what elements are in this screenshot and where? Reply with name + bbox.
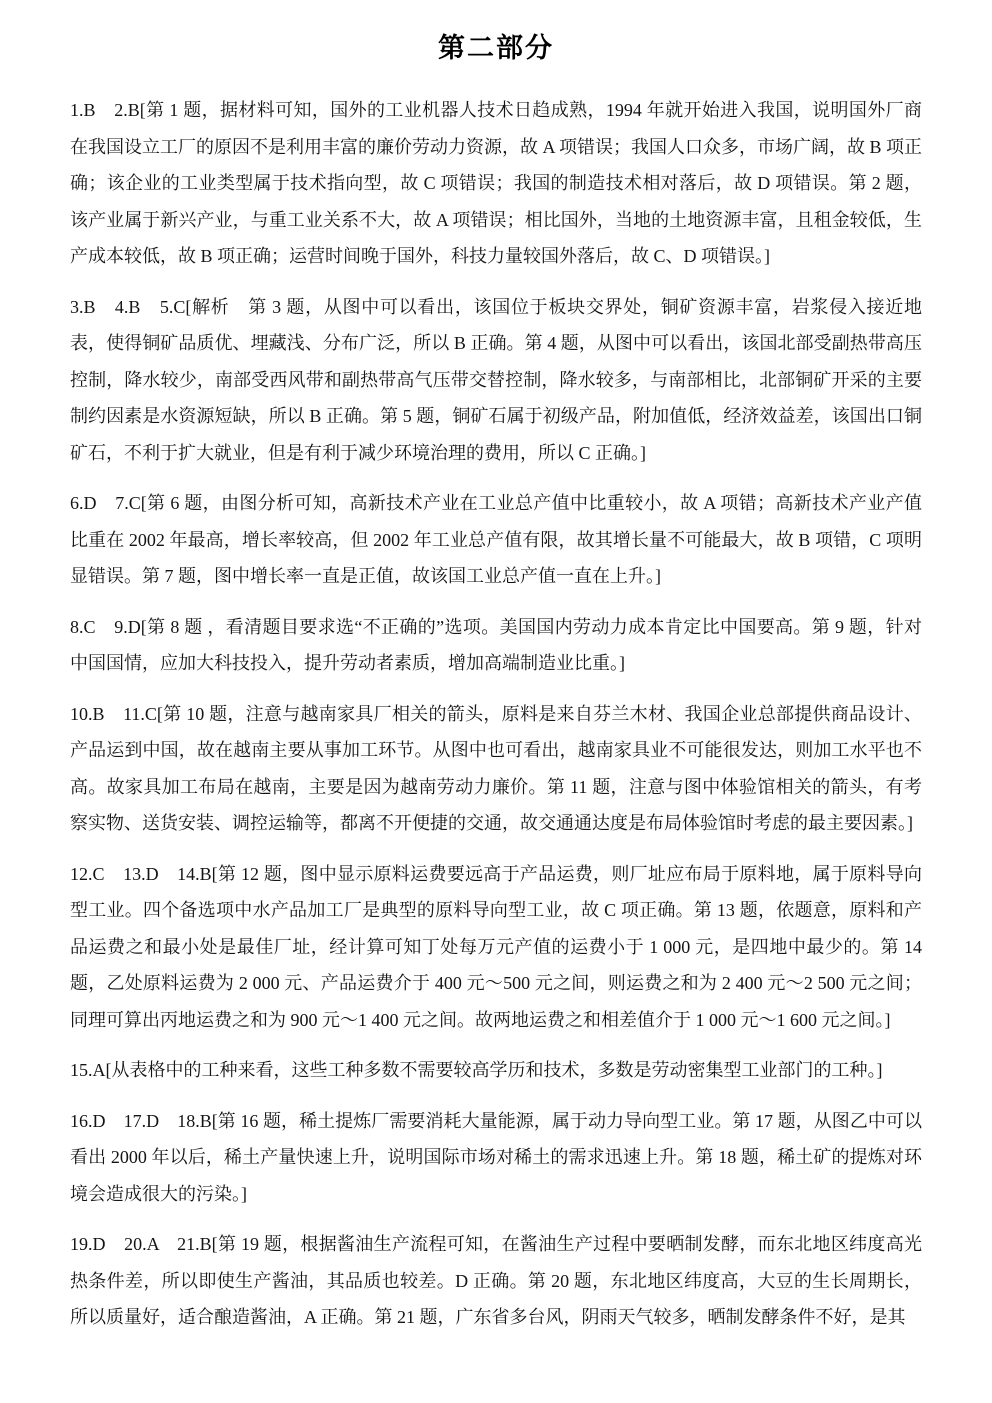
answer-paragraph-q1-2: 1.B 2.B[第 1 题，据材料可知，国外的工业机器人技术日趋成熟，1994 … — [70, 92, 922, 275]
answer-paragraph-q16-18: 16.D 17.D 18.B[第 16 题，稀土提炼厂需要消耗大量能源，属于动力… — [70, 1103, 922, 1213]
answer-paragraph-q6-7: 6.D 7.C[第 6 题，由图分析可知，高新技术产业在工业总产值中比重较小，故… — [70, 485, 922, 595]
answer-paragraph-q3-5: 3.B 4.B 5.C[解析 第 3 题，从图中可以看出，该国位于板块交界处，铜… — [70, 289, 922, 472]
answer-paragraph-q10-11: 10.B 11.C[第 10 题，注意与越南家具厂相关的箭头，原料是来自芬兰木材… — [70, 696, 922, 842]
answer-paragraph-q12-14: 12.C 13.D 14.B[第 12 题，图中显示原料运费要远高于产品运费，则… — [70, 856, 922, 1039]
answer-paragraph-q19-21: 19.D 20.A 21.B[第 19 题，根据酱油生产流程可知，在酱油生产过程… — [70, 1226, 922, 1336]
answer-paragraph-q15: 15.A[从表格中的工种来看，这些工种多数不需要较高学历和技术，多数是劳动密集型… — [70, 1052, 922, 1089]
page-title: 第二部分 — [70, 32, 922, 64]
document-page: 第二部分 1.B 2.B[第 1 题，据材料可知，国外的工业机器人技术日趋成熟，… — [0, 0, 992, 1403]
answer-paragraph-q8-9: 8.C 9.D[第 8 题 ，看清题目要求选“不正确的”选项。美国国内劳动力成本… — [70, 609, 922, 682]
